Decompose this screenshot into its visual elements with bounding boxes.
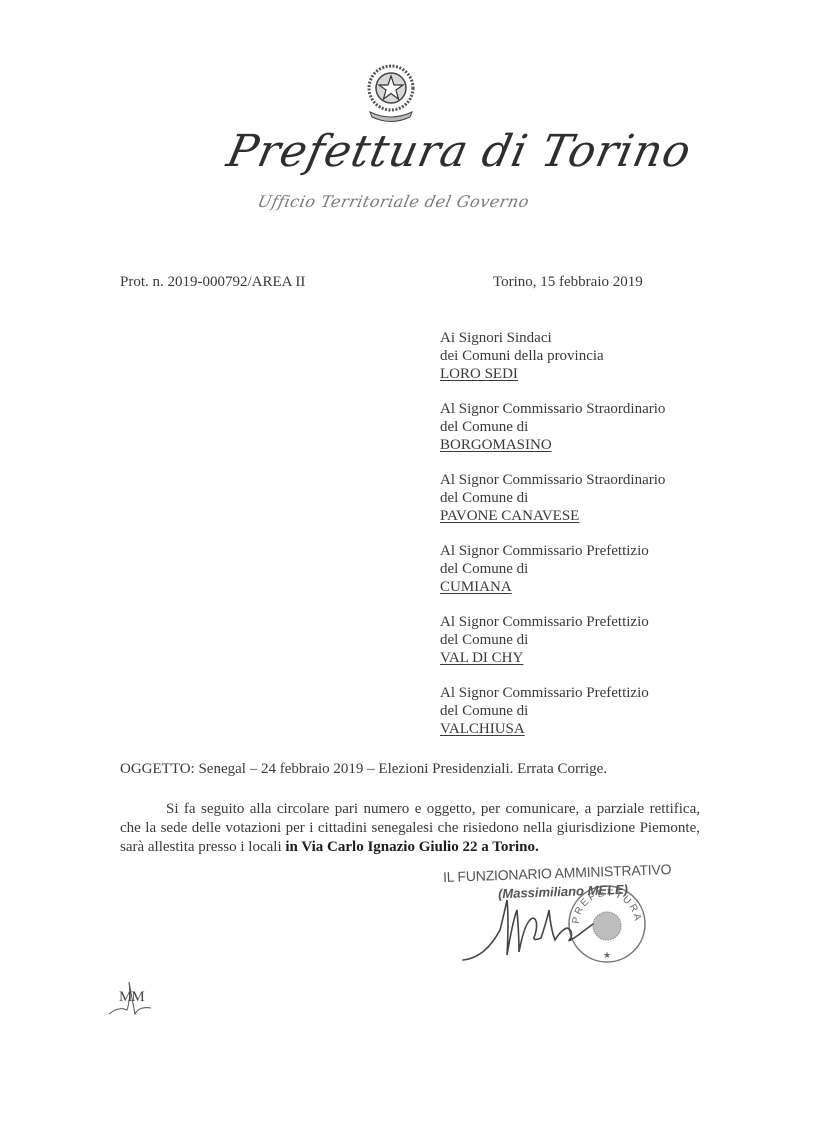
recipient-place: LORO SEDI bbox=[440, 365, 518, 383]
letterhead-subtitle: Ufficio Territoriale del Governo bbox=[256, 192, 531, 211]
recipient-line: del Comune di bbox=[440, 631, 665, 649]
recipient-line: del Comune di bbox=[440, 489, 665, 507]
recipient: Al Signor Commissario Prefettizio del Co… bbox=[440, 613, 665, 667]
initials: MM bbox=[119, 989, 144, 1006]
recipient-line: del Comune di bbox=[440, 702, 665, 720]
subject-line: OGGETTO: Senegal – 24 febbraio 2019 – El… bbox=[120, 761, 607, 778]
recipient-line: Al Signor Commissario Prefettizio bbox=[440, 542, 665, 560]
recipient: Al Signor Commissario Prefettizio del Co… bbox=[440, 684, 665, 738]
recipient: Al Signor Commissario Straordinario del … bbox=[440, 471, 665, 525]
recipient-line: Al Signor Commissario Prefettizio bbox=[440, 684, 665, 702]
recipient-line: Al Signor Commissario Prefettizio bbox=[440, 613, 665, 631]
recipient: Al Signor Commissario Prefettizio del Co… bbox=[440, 542, 665, 596]
recipient-place: VAL DI CHY bbox=[440, 649, 523, 667]
recipients-block: Ai Signori Sindaci dei Comuni della prov… bbox=[440, 329, 665, 755]
recipient-line: Ai Signori Sindaci bbox=[440, 329, 665, 347]
recipient-line: del Comune di bbox=[440, 418, 665, 436]
recipient-line: dei Comuni della provincia bbox=[440, 347, 665, 365]
svg-text:★: ★ bbox=[603, 950, 611, 960]
recipient-place: BORGOMASINO bbox=[440, 436, 552, 454]
protocol-number: Prot. n. 2019-000792/AREA II bbox=[120, 274, 305, 291]
body-address: in Via Carlo Ignazio Giulio 22 a Torino. bbox=[285, 839, 538, 855]
signature-icon bbox=[455, 880, 595, 970]
recipient: Ai Signori Sindaci dei Comuni della prov… bbox=[440, 329, 665, 383]
recipient-place: PAVONE CANAVESE bbox=[440, 507, 579, 525]
body-paragraph: Si fa seguito alla circolare pari numero… bbox=[120, 800, 700, 857]
letterhead-title: Prefettura di Torino bbox=[223, 126, 594, 177]
recipient-place: VALCHIUSA bbox=[440, 720, 525, 738]
recipient-place: CUMIANA bbox=[440, 578, 512, 596]
emblem-icon bbox=[362, 60, 420, 124]
recipient-line: Al Signor Commissario Straordinario bbox=[440, 471, 665, 489]
recipient-line: del Comune di bbox=[440, 560, 665, 578]
recipient: Al Signor Commissario Straordinario del … bbox=[440, 400, 665, 454]
place-date: Torino, 15 febbraio 2019 bbox=[493, 274, 643, 291]
recipient-line: Al Signor Commissario Straordinario bbox=[440, 400, 665, 418]
